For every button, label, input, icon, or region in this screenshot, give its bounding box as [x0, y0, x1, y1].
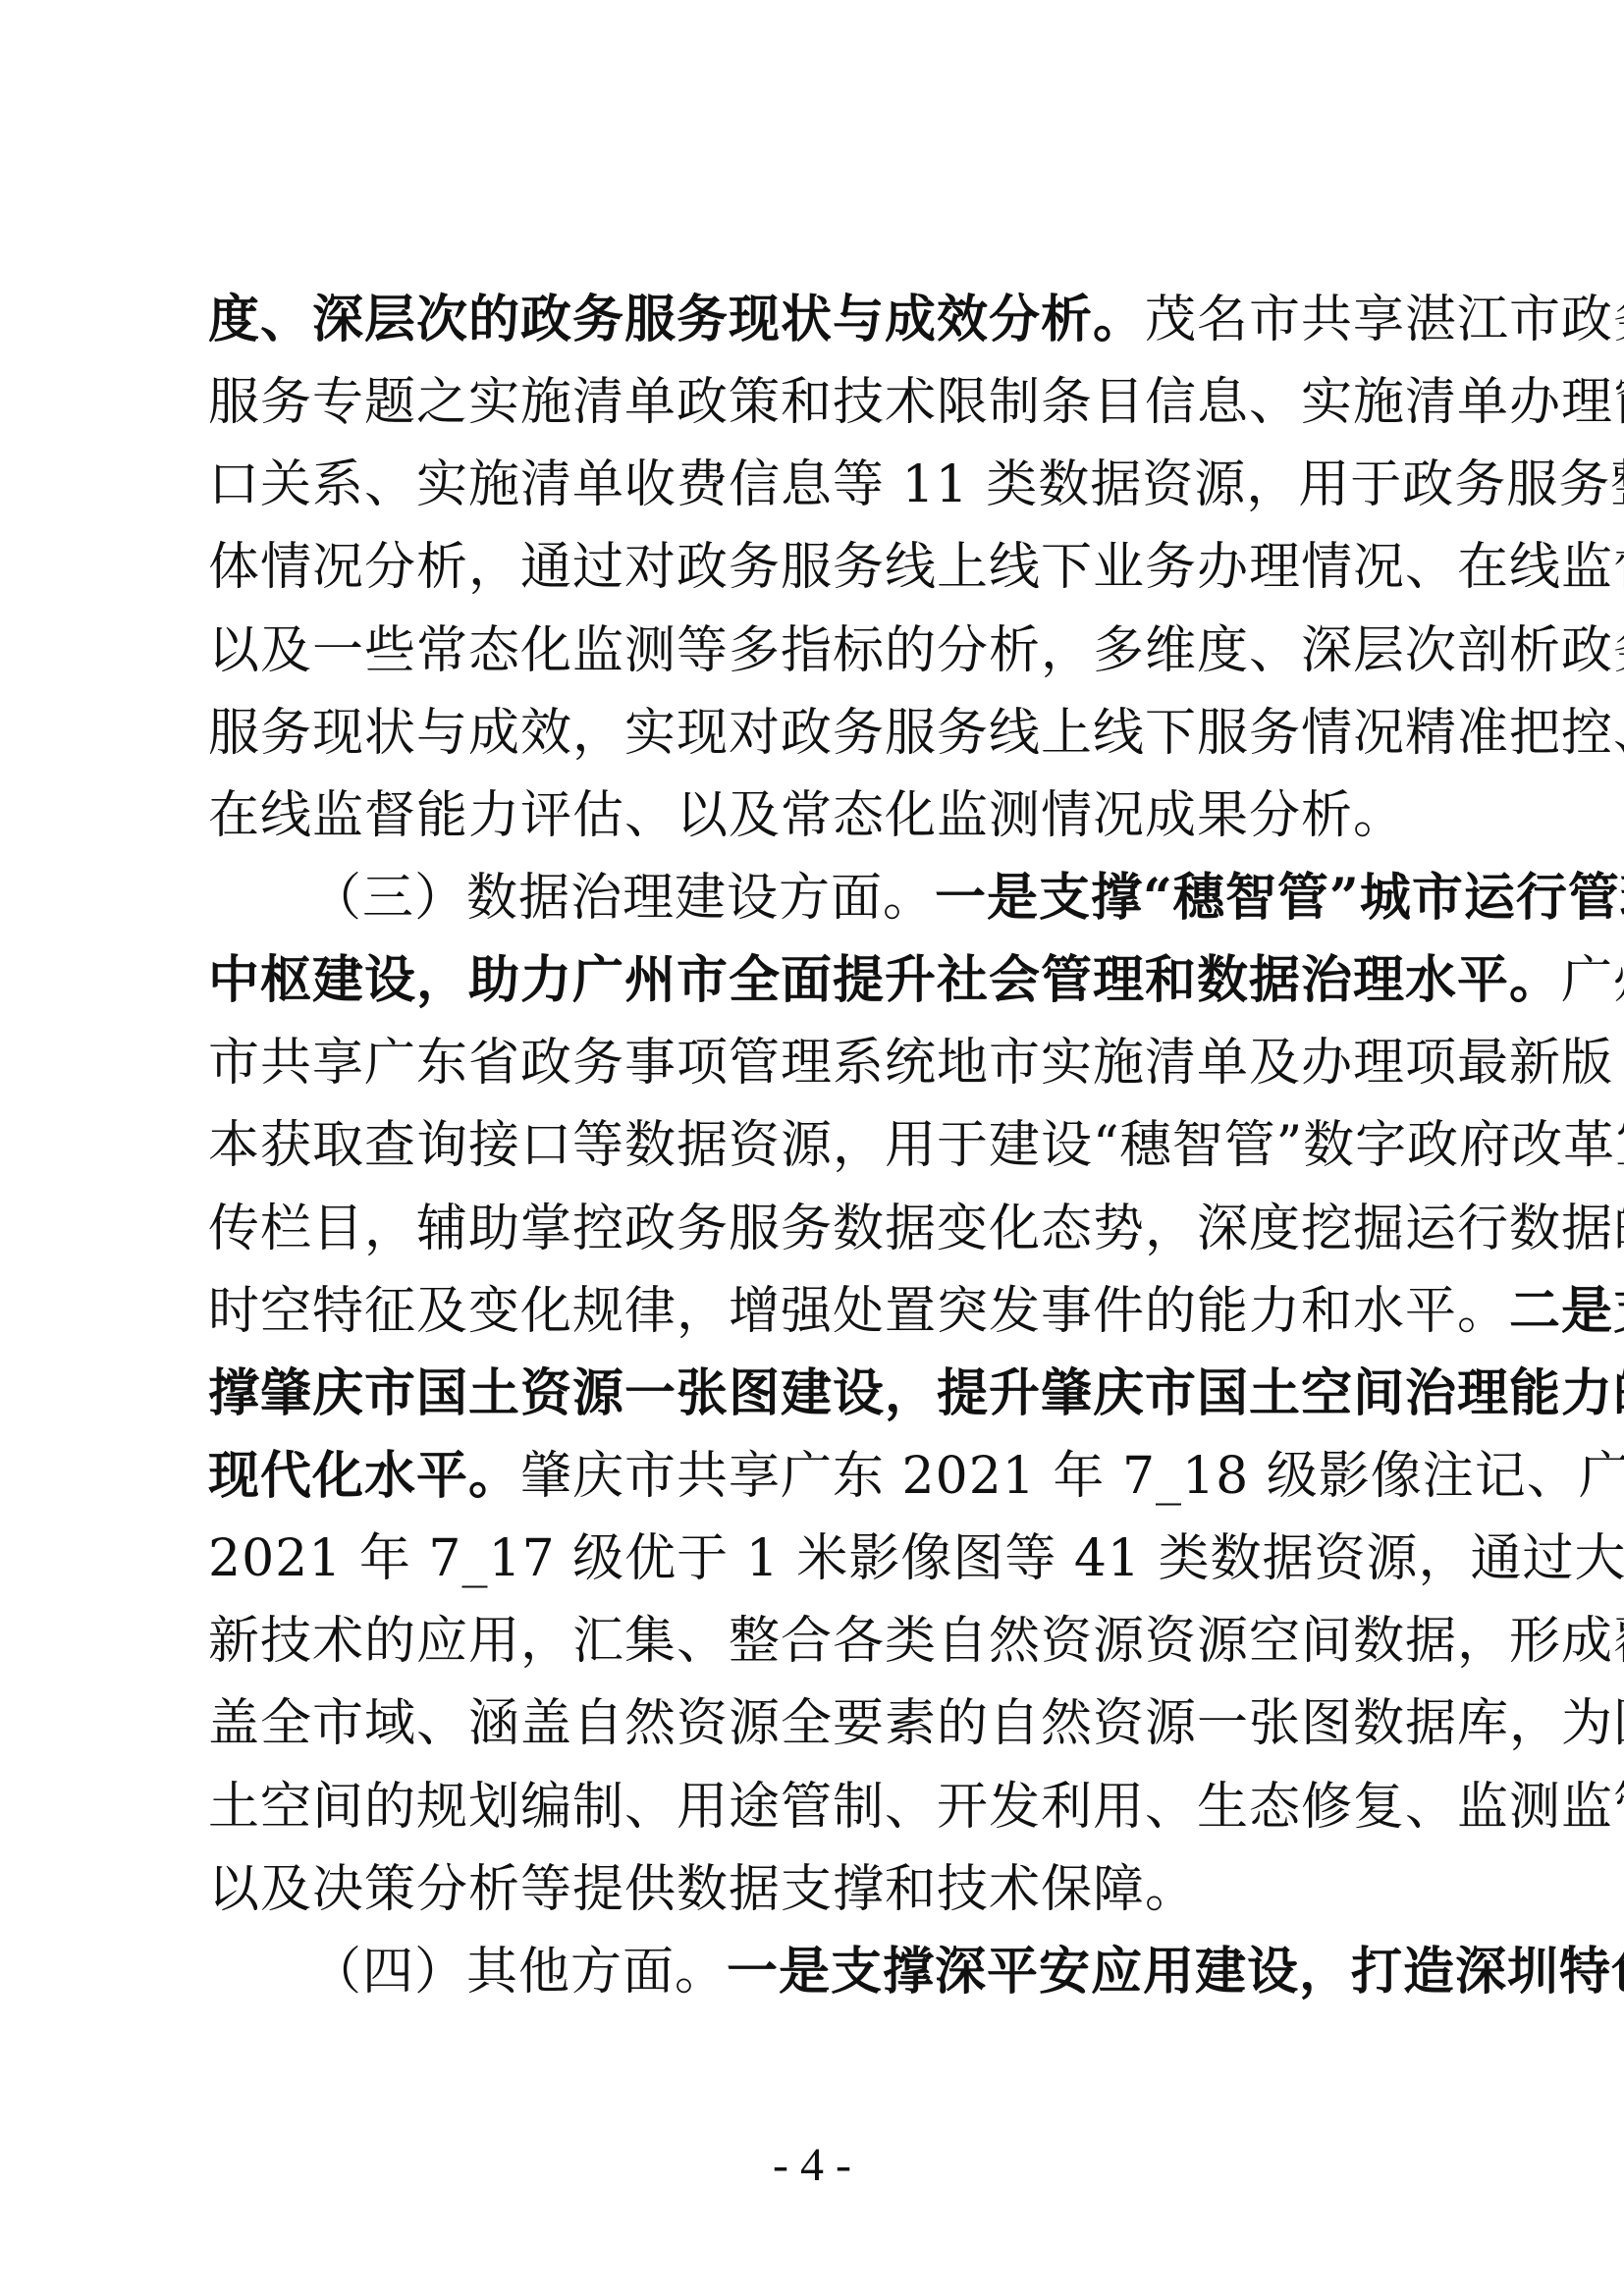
text-run: 市共享广东省政务事项管理系统地市实施清单及办理项最新版 — [208, 1034, 1613, 1093]
text-line-4: 体情况分析，通过对政务服务线上线下业务办理情况、在线监督、 — [208, 526, 1435, 609]
text-run: 传栏目，辅助掌控政务服务数据变化态势，深度挖掘运行数据的 — [208, 1200, 1624, 1258]
section-label: （四）其他方面。 — [310, 1943, 727, 2002]
text-run: 广州 — [1561, 951, 1624, 1010]
text-line-2: 服务专题之实施清单政策和技术限制条目信息、实施清单办理窗 — [208, 361, 1435, 444]
text-line-17: 新技术的应用，汇集、整合各类自然资源资源空间数据，形成覆 — [208, 1600, 1435, 1682]
bold-run: 现代化水平。 — [208, 1446, 520, 1506]
text-run: 新技术的应用，汇集、整合各类自然资源资源空间数据，形成覆 — [208, 1612, 1624, 1671]
body-text: 度、深层次的政务服务现状与成效分析。茂名市共享湛江市政务 服务专题之实施清单政策… — [208, 279, 1435, 2013]
text-line-1: 度、深层次的政务服务现状与成效分析。茂名市共享湛江市政务 — [208, 279, 1435, 361]
bold-run: 一是支撑“穗智管”城市运行管理 — [935, 868, 1624, 928]
text-line-14: 撑肇庆市国土资源一张图建设，提升肇庆市国土空间治理能力的 — [208, 1353, 1435, 1435]
text-run: 口关系、实施清单收费信息等 11 类数据资源，用于政务服务整 — [208, 455, 1624, 514]
text-line-9: 中枢建设，助力广州市全面提升社会管理和数据治理水平。广州 — [208, 939, 1435, 1022]
text-line-12: 传栏目，辅助掌控政务服务数据变化态势，深度挖掘运行数据的 — [208, 1188, 1435, 1270]
text-run: 茂名市共享湛江市政务 — [1145, 291, 1624, 349]
text-line-11: 本获取查询接口等数据资源，用于建设“穗智管”数字政府改革宣 — [208, 1104, 1435, 1187]
text-run: 土空间的规划编制、用途管制、开发利用、生态修复、监测监管 — [208, 1778, 1624, 1837]
text-line-5: 以及一些常态化监测等多指标的分析，多维度、深层次剖析政务 — [208, 610, 1435, 692]
bold-run: 一是支撑深平安应用建设，打造深圳特色 — [727, 1942, 1624, 2002]
bold-run: 中枢建设，助力广州市全面提升社会管理和数据治理水平。 — [208, 950, 1561, 1010]
text-run: 服务现状与成效，实现对政务服务线上线下服务情况精准把控、 — [208, 704, 1624, 763]
section-heading-4: （四）其他方面。一是支撑深平安应用建设，打造深圳特色 — [208, 1931, 1435, 2013]
text-line-3: 口关系、实施清单收费信息等 11 类数据资源，用于政务服务整 — [208, 444, 1435, 526]
text-line-19: 土空间的规划编制、用途管制、开发利用、生态修复、监测监管 — [208, 1766, 1435, 1848]
bold-run: 度、深层次的政务服务现状与成效分析。 — [208, 290, 1145, 349]
text-run: 在线监督能力评估、以及常态化监测情况成果分析。 — [208, 786, 1405, 845]
text-line-6: 服务现状与成效，实现对政务服务线上线下服务情况精准把控、 — [208, 692, 1435, 774]
text-run: 2021 年 7_17 级优于 1 米影像图等 41 类数据资源，通过大数据和 — [208, 1529, 1624, 1588]
text-line-10: 市共享广东省政务事项管理系统地市实施清单及办理项最新版 — [208, 1022, 1435, 1104]
text-run: 体情况分析，通过对政务服务线上线下业务办理情况、在线监督、 — [208, 538, 1624, 597]
text-line-13: 时空特征及变化规律，增强处置突发事件的能力和水平。二是支 — [208, 1270, 1435, 1353]
text-line-20: 以及决策分析等提供数据支撑和技术保障。 — [208, 1848, 1435, 1931]
document-page: 度、深层次的政务服务现状与成效分析。茂名市共享湛江市政务 服务专题之实施清单政策… — [0, 0, 1624, 2296]
bold-run: 二是支 — [1509, 1281, 1624, 1341]
text-line-18: 盖全市域、涵盖自然资源全要素的自然资源一张图数据库，为国 — [208, 1682, 1435, 1765]
text-run: 本获取查询接口等数据资源，用于建设“穗智管”数字政府改革宣 — [208, 1116, 1624, 1175]
text-run: 盖全市域、涵盖自然资源全要素的自然资源一张图数据库，为国 — [208, 1694, 1624, 1753]
text-run: 以及决策分析等提供数据支撑和技术保障。 — [208, 1860, 1197, 1919]
text-line-15: 现代化水平。肇庆市共享广东 2021 年 7_18 级影像注记、广东省 — [208, 1435, 1435, 1518]
bold-run: 撑肇庆市国土资源一张图建设，提升肇庆市国土空间治理能力的 — [208, 1363, 1624, 1423]
text-run: 时空特征及变化规律，增强处置突发事件的能力和水平。 — [208, 1282, 1509, 1341]
text-line-7: 在线监督能力评估、以及常态化监测情况成果分析。 — [208, 774, 1435, 857]
text-run: 以及一些常态化监测等多指标的分析，多维度、深层次剖析政务 — [208, 621, 1624, 680]
page-number: - 4 - — [0, 2138, 1624, 2192]
text-line-16: 2021 年 7_17 级优于 1 米影像图等 41 类数据资源，通过大数据和 — [208, 1518, 1435, 1600]
text-run: 肇庆市共享广东 2021 年 7_18 级影像注记、广东省 — [520, 1447, 1624, 1506]
section-label: （三）数据治理建设方面。 — [310, 869, 935, 928]
text-run: 服务专题之实施清单政策和技术限制条目信息、实施清单办理窗 — [208, 373, 1624, 432]
section-heading-3: （三）数据治理建设方面。一是支撑“穗智管”城市运行管理 — [208, 857, 1435, 939]
